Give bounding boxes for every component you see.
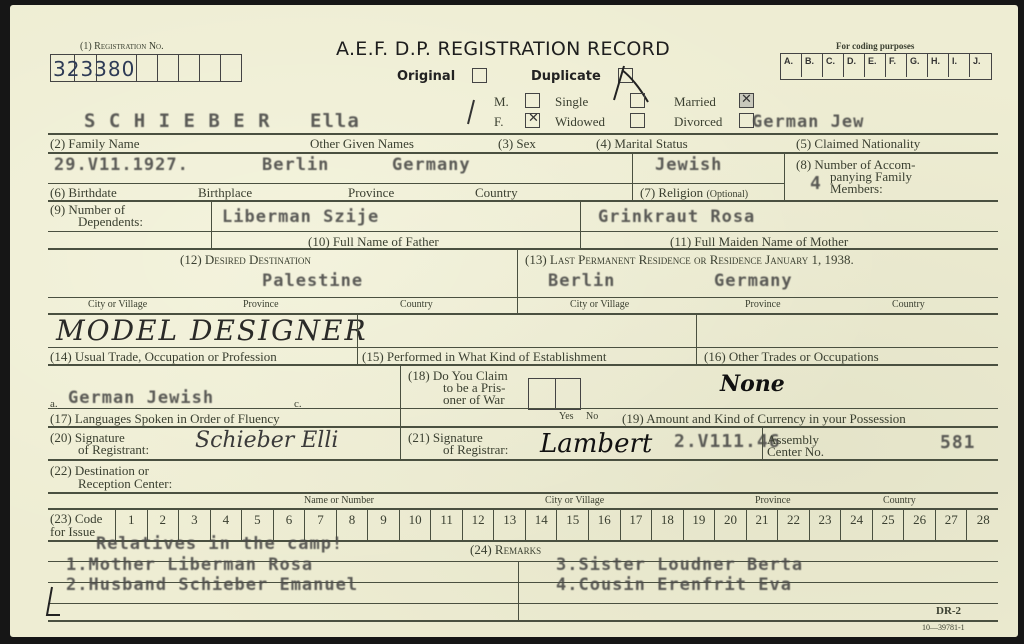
code-cell[interactable]: 11 [431,508,463,540]
languages-label: (17) Languages Spoken in Order of Fluenc… [50,412,280,425]
marital-status-label: (4) Marital Status [596,137,688,150]
married-label: Married [674,95,716,108]
registrar-signature-label-2: of Registrar: [443,443,508,456]
birthdate-label: (6) Birthdate [50,186,117,199]
birthplace-value: Berlin [262,157,329,174]
coding-cell-g: G. [907,54,928,77]
code-cell[interactable]: 10 [400,508,432,540]
coding-cell-b: B. [802,54,823,77]
birthdate-value: 29.V11.1927. [54,157,189,174]
languages-value: German Jewish [68,390,214,407]
birthplace-label: Birthplace [198,186,252,199]
single-label: Single [555,95,588,108]
coding-cell-e: E. [865,54,886,77]
code-cell[interactable]: 23 [810,508,842,540]
last-residence-city: Berlin [548,273,615,290]
mother-name-value: Grinkraut Rosa [598,209,755,226]
code-cell[interactable]: 28 [967,508,999,540]
code-cell[interactable]: 22 [778,508,810,540]
code-cell[interactable]: 27 [936,508,968,540]
married-check-icon: ✕ [741,93,752,106]
original-checkbox[interactable] [472,68,487,83]
coding-cell-j: J. [970,54,991,77]
religion-value: Jewish [655,157,722,174]
code-group-city-label: City or Village [545,496,604,506]
remarks-line-2: 2.Husband Schieber Emanuel [66,577,358,594]
birth-country-label: Country [475,186,518,199]
code-cell[interactable]: 9 [368,508,400,540]
family-name-value: S C H I E B E R [84,112,271,131]
margin-mark-icon [44,585,64,621]
code-group-name-label: Name or Number [304,496,374,506]
coding-cell-f: F. [886,54,907,77]
occupation-value: MODEL DESIGNER [56,317,368,345]
coding-boxes: A. B. C. D. E. F. G. H. I. J. [780,53,992,80]
code-cell[interactable]: 14 [526,508,558,540]
coding-cell-c: C. [823,54,844,77]
establishment-label: (15) Performed in What Kind of Establish… [362,350,607,363]
widowed-checkbox[interactable] [630,113,645,128]
last-residence-country: Germany [714,273,793,290]
code-cell[interactable]: 16 [589,508,621,540]
duplicate-label: Duplicate [531,69,601,84]
sex-f-label: F. [494,115,503,128]
religion-label: (7) Religion (Optional) [640,186,748,200]
pow-label-3: oner of War [443,393,505,406]
single-checkbox[interactable] [630,93,645,108]
dependents-label-2: Dependents: [78,215,143,228]
pow-yes-box[interactable] [528,378,556,410]
coding-cell-i: I. [949,54,970,77]
registration-no-value: 323380 [53,57,135,81]
code-cell[interactable]: 24 [841,508,873,540]
remarks-line-3: 3.Sister Loudner Berta [556,557,803,574]
remarks-label: (24) Remarks [470,543,541,556]
original-label: Original [397,69,455,84]
divorced-label: Divorced [674,115,722,128]
desired-destination-value: Palestine [262,273,363,290]
family-name-label: (2) Family Name [50,137,140,150]
claimed-nationality-label: (5) Claimed Nationality [796,137,920,150]
remarks-line-1: 1.Mother Liberman Rosa [66,557,313,574]
registrant-signature-label-2: of Registrant: [78,443,149,456]
mother-name-label: (11) Full Maiden Name of Mother [670,235,848,248]
registration-no-boxes: 323380 [50,54,242,82]
currency-value: None [720,373,785,395]
destination-province-label: Province [243,300,279,310]
remarks-line-4: 4.Cousin Erenfrit Eva [556,577,792,594]
currency-label: (19) Amount and Kind of Currency in your… [622,412,906,425]
print-code: 10—39781-1 [922,624,965,632]
code-cell[interactable]: 15 [558,508,590,540]
code-cell[interactable]: 26 [904,508,936,540]
registration-no-label: (1) Registration No. [80,42,164,52]
given-names-value: Ella [310,112,360,131]
code-group-country-label: Country [883,496,916,506]
registrant-signature-value: Schieber Elli [195,430,338,452]
code-cell[interactable]: 12 [463,508,495,540]
accompanying-family-value: 4 [810,175,822,193]
destination-city-label: City or Village [88,300,147,310]
registrar-signature-value: Lambert [540,431,652,457]
sex-label: (3) Sex [498,137,536,150]
sex-f-check-icon: ✕ [528,112,539,125]
coding-cell-h: H. [928,54,949,77]
registration-card: (1) Registration No. 323380 A.E.F. D.P. … [10,5,1018,637]
code-for-issue-label-2: for Issue [50,525,95,538]
form-title: A.E.F. D.P. REGISTRATION RECORD [336,38,670,60]
residence-city-label: City or Village [570,300,629,310]
pow-no-label: No [586,412,598,422]
birth-country-value: Germany [392,157,471,174]
occupation-label: (14) Usual Trade, Occupation or Professi… [50,350,277,363]
assembly-center-value: 581 [940,434,976,452]
code-cell[interactable]: 21 [747,508,779,540]
sex-m-label: M. [494,95,509,108]
pow-yes-label: Yes [559,412,574,422]
father-name-label: (10) Full Name of Father [308,235,439,248]
father-name-value: Liberman Szije [222,209,379,226]
code-cell[interactable]: 17 [621,508,653,540]
destination-country-label: Country [400,300,433,310]
coding-label: For coding purposes [836,42,914,51]
sex-m-checkbox[interactable] [525,93,540,108]
widowed-label: Widowed [555,115,605,128]
claimed-nationality-value: German Jew [752,114,864,131]
birth-province-label: Province [348,186,394,199]
coding-cell-a: A. [781,54,802,77]
residence-province-label: Province [745,300,781,310]
last-residence-label: (13) Last Permanent Residence or Residen… [525,253,854,266]
form-code: DR-2 [936,606,961,617]
desired-destination-label: (12) Desired Destination [180,253,311,266]
destination-center-label-2: Reception Center: [78,477,172,490]
registrar-date-value: 2.V111.46 [674,433,781,451]
code-cell[interactable]: 25 [873,508,905,540]
remarks-line-heading: Relatives in the camp! [96,536,343,553]
code-cell[interactable]: 20 [715,508,747,540]
given-names-label: Other Given Names [310,137,414,150]
other-trades-label: (16) Other Trades or Occupations [704,350,879,363]
accompanying-family-label-3: Members: [830,182,883,195]
code-cell[interactable]: 13 [494,508,526,540]
code-group-province-label: Province [755,496,791,506]
residence-country-label: Country [892,300,925,310]
code-cell[interactable]: 18 [652,508,684,540]
pen-stroke-icon [465,98,477,128]
code-cell[interactable]: 19 [684,508,716,540]
coding-cell-d: D. [844,54,865,77]
assembly-center-label-2: Center No. [767,445,824,458]
pow-no-box[interactable] [554,378,581,410]
